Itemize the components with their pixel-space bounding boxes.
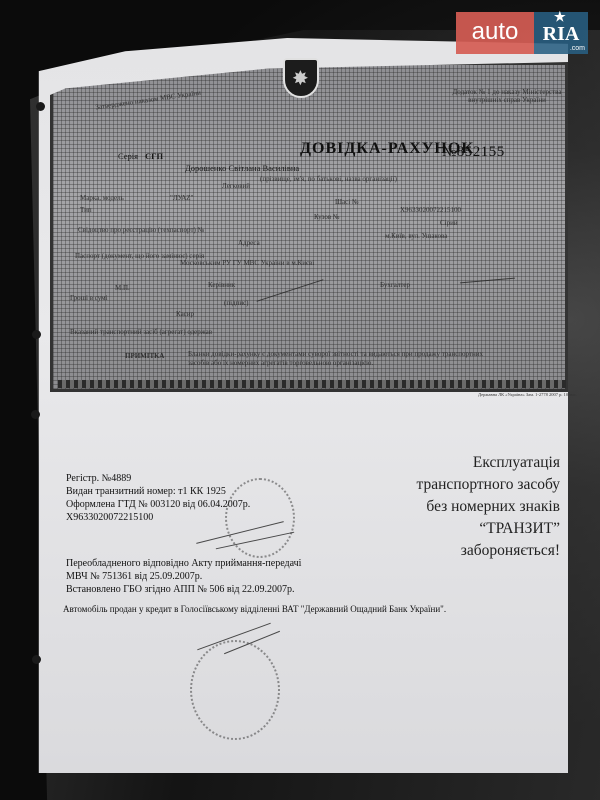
conversion-line: Переобладненого відповідно Акту прийманн…: [66, 558, 301, 571]
annotation-line: Видан транзитний номер: т1 КК 1925: [66, 486, 226, 499]
warning-line: “ТРАНЗИТ”: [355, 518, 560, 540]
buyer-name: Дорошенко Світлана Василівна: [185, 163, 299, 173]
police-emblem-icon: [283, 58, 319, 98]
punch-hole: [36, 102, 45, 111]
logo-domain-text: .com: [570, 45, 585, 53]
field-value: Легковий: [222, 182, 250, 190]
signature-caption: (підпис): [224, 299, 249, 307]
field-label: Тип: [80, 206, 92, 214]
logo-auto-text: auto: [456, 12, 534, 54]
warning-line: забороняється!: [355, 540, 560, 562]
field-label: Шасі №: [335, 198, 359, 206]
remark-text: Бланки довідки-рахунку є документами сув…: [188, 350, 488, 368]
certificate-number: №852155: [442, 144, 505, 161]
annotation-line: Регістр. №4889: [66, 473, 131, 486]
logo-ria-block: ★ RIA .com: [534, 12, 588, 54]
field-value: Сірий: [440, 219, 458, 227]
money-label: Гроші в сумі: [70, 294, 108, 302]
credit-line: Автомобіль продан у кредит в Голосіївськ…: [63, 604, 446, 614]
logo-ria-text: RIA: [543, 23, 580, 45]
series-label: Серія: [118, 151, 138, 161]
warning-line: транспортного засобу: [355, 474, 560, 496]
top-right-note: Додаток № 1 до наказу Міністерства внутр…: [452, 88, 562, 104]
footer-print: Державна ЛК «Україна» Зам. 1-2778 2007 р…: [478, 392, 577, 397]
star-icon: ★: [554, 10, 566, 24]
stamp-label: М.П.: [115, 284, 130, 292]
field-label: Кузов №: [314, 213, 340, 221]
seller-label: Керівник: [208, 281, 235, 289]
remark-label: ПРИМІТКА: [125, 352, 164, 360]
warning-line: без номерних знаків: [355, 496, 560, 518]
round-stamp: [225, 478, 295, 558]
field-label: Свідоцтво про реєстрацію (техпаспорт) №: [78, 226, 204, 234]
field-value: "ЛУАZ": [170, 194, 193, 202]
buyer-caption: (прізвище, ім'я, по батькові, назва орга…: [260, 175, 397, 183]
field-value: м.Київ, вул. Ушакова: [385, 232, 447, 240]
certificate-border-strip: [58, 380, 566, 388]
series-value: СГП: [145, 151, 163, 161]
accountant-label: Бухгалтер: [380, 281, 410, 289]
field-value: Московським РУ ГУ МВС України в м.Києві: [180, 259, 314, 267]
vehicle-received-label: Вказаний транспортний засіб (агрегат) од…: [70, 328, 212, 336]
annotation-line: Х9633020072215100: [66, 512, 153, 525]
transit-warning: Експлуатація транспортного засобу без но…: [355, 452, 560, 562]
punch-hole: [31, 410, 40, 419]
conversion-line: МВЧ № 751361 від 25.09.2007р.: [66, 571, 202, 584]
warning-line: Експлуатація: [355, 452, 560, 474]
field-label: Марка, модель: [80, 194, 124, 202]
cashier-label: Касир: [176, 310, 194, 318]
punch-hole: [32, 655, 41, 664]
field-value: Х9633020072215100: [400, 206, 461, 214]
punch-hole: [32, 330, 41, 339]
round-stamp: [190, 640, 280, 740]
conversion-line: Встановлено ГБО згідно АПП № 506 від 22.…: [66, 584, 295, 597]
field-label: Адреса: [238, 239, 260, 247]
autoria-watermark-logo: auto ★ RIA .com: [456, 12, 588, 54]
annotation-line: Оформлена ГТД № 003120 від 06.04.2007р.: [66, 499, 250, 512]
